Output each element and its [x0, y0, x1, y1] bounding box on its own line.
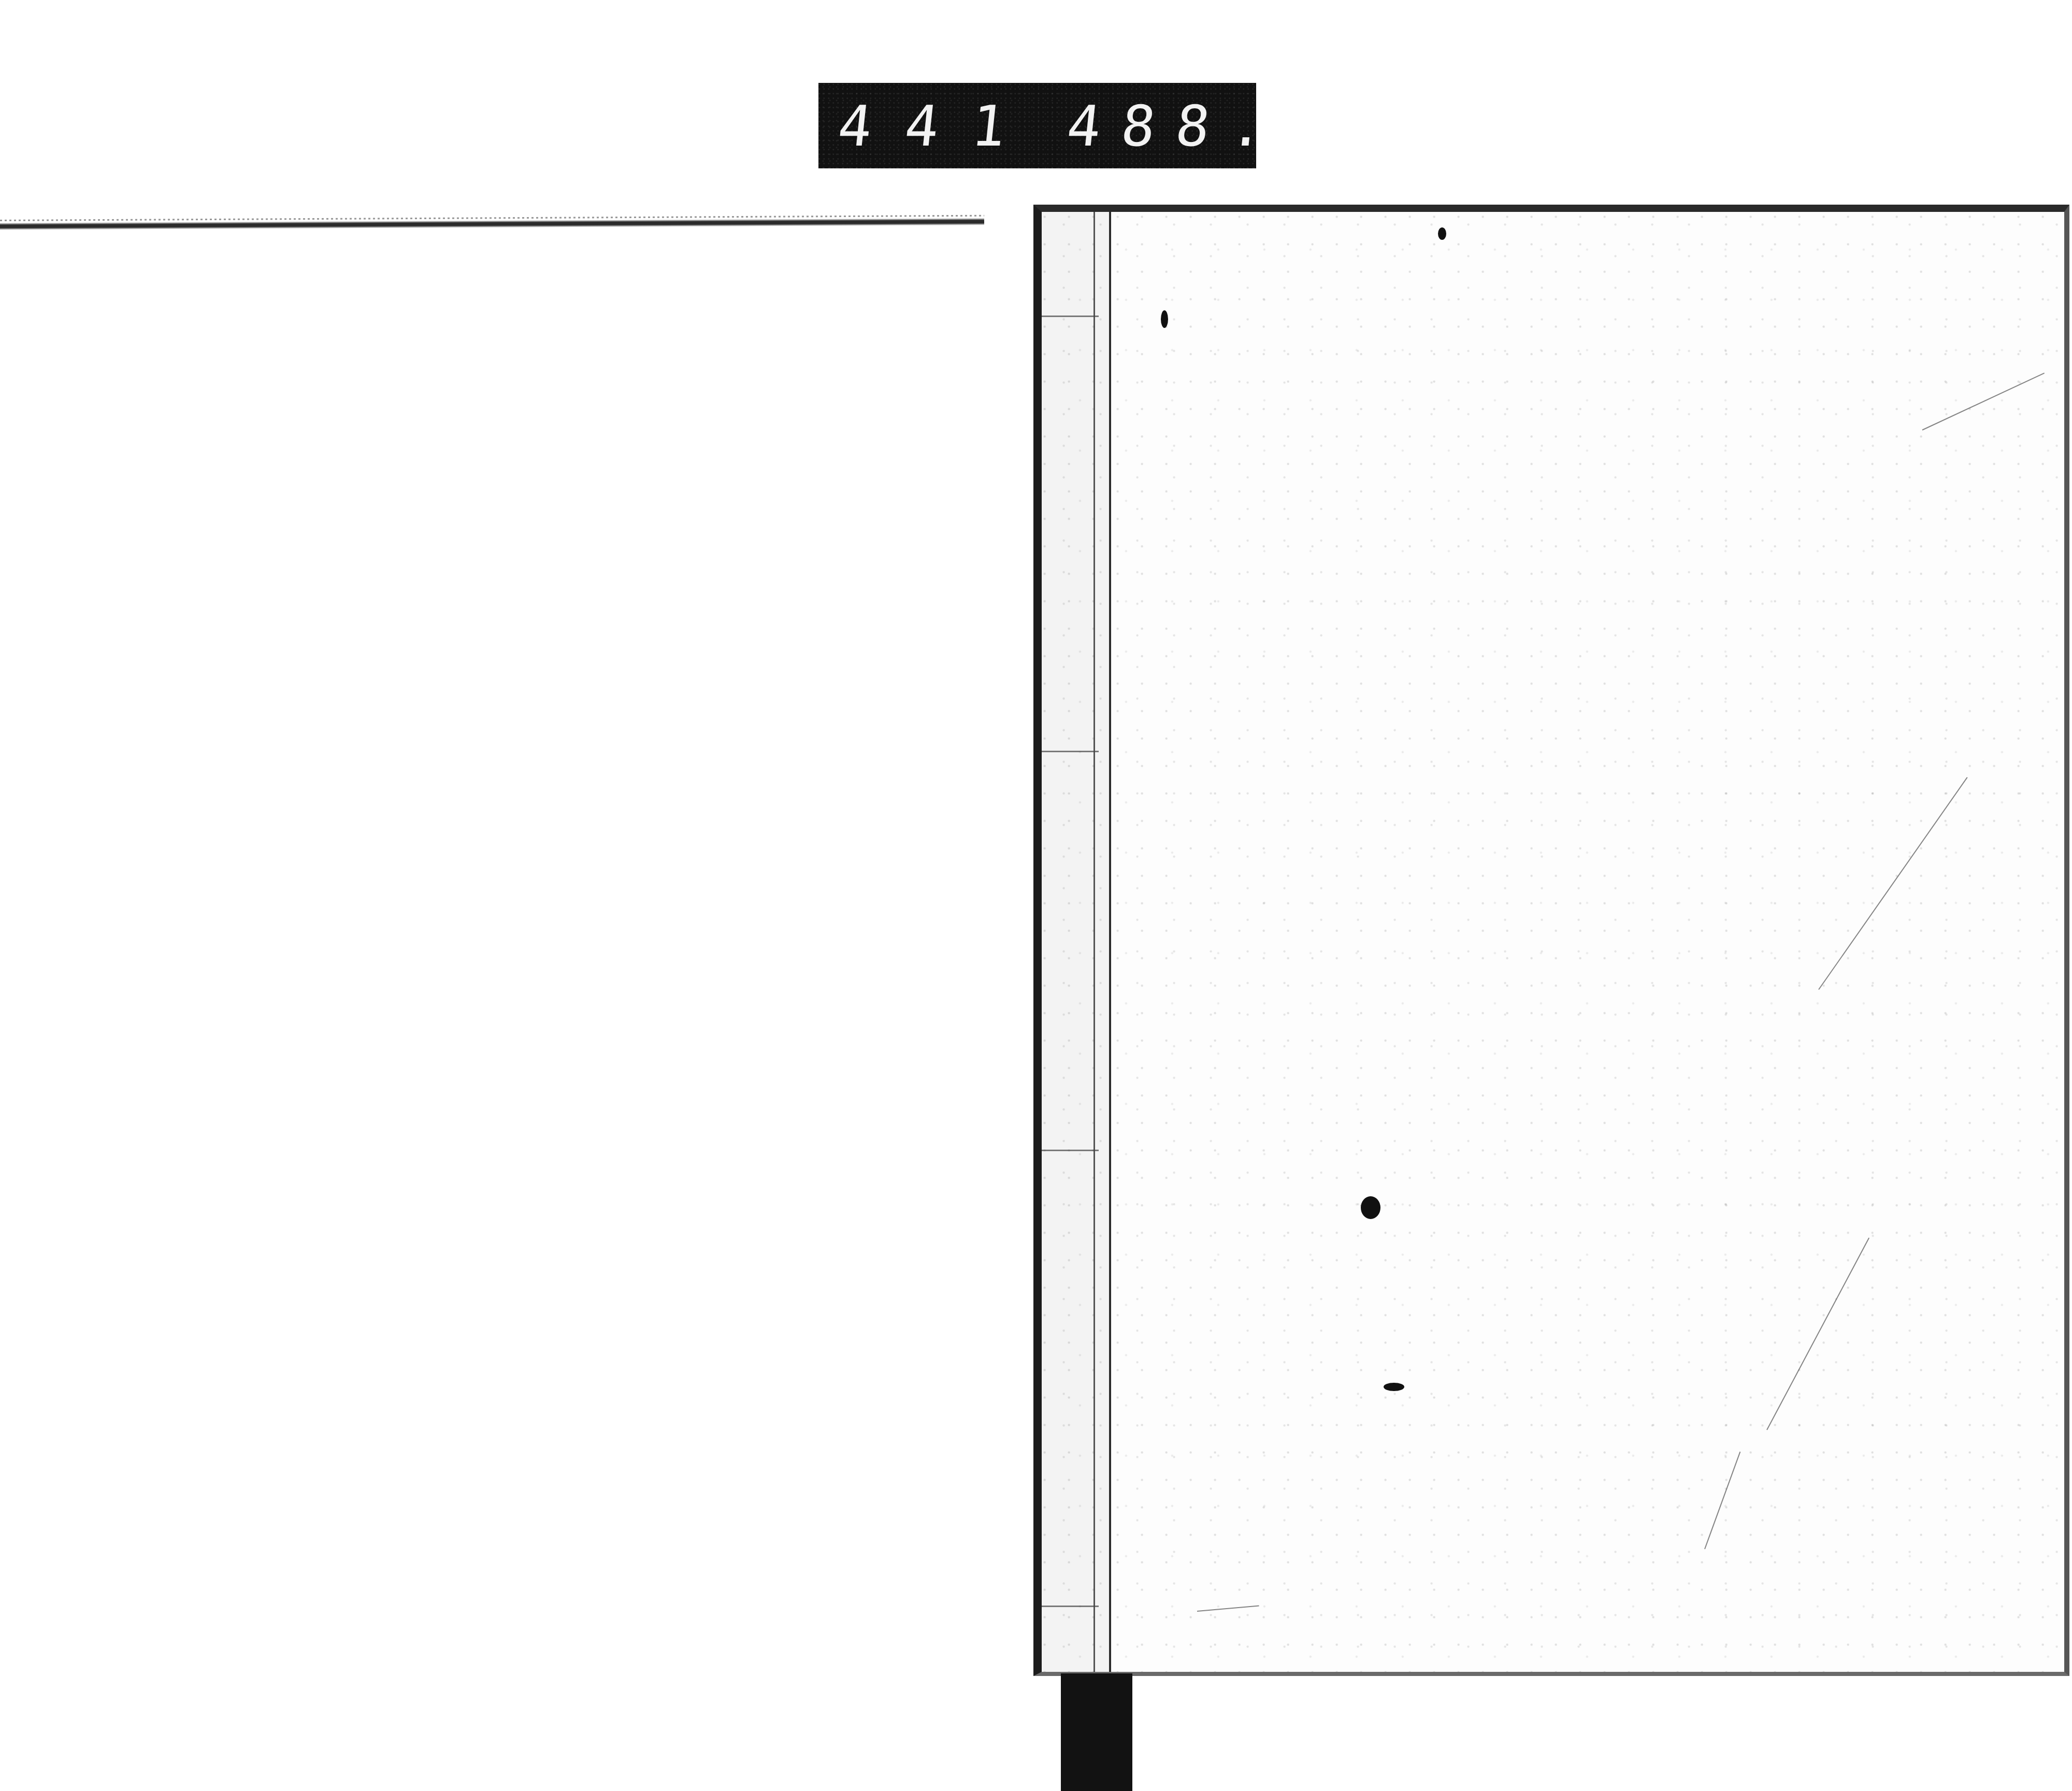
book-cover — [1033, 205, 2069, 1676]
book-spine — [1042, 212, 1111, 1672]
call-number-label: 441 488. — [818, 83, 1256, 168]
cover-crack — [1922, 372, 2045, 431]
spine-tail-strip — [1061, 1673, 1132, 1791]
cover-crack — [1704, 1452, 1740, 1550]
ink-stain — [1384, 1383, 1404, 1391]
call-number-left: 441 — [834, 94, 1042, 159]
spine-band — [1042, 316, 1099, 317]
spine-hinge-line — [1093, 212, 1095, 1672]
call-number-right: 488. — [1063, 94, 1288, 159]
ink-stain — [1161, 310, 1168, 328]
spine-band — [1042, 1150, 1099, 1151]
cover-crack — [1766, 1238, 1869, 1430]
ink-stain — [1361, 1196, 1380, 1219]
spine-band — [1042, 1606, 1099, 1607]
cover-crack — [1197, 1606, 1259, 1612]
spine-band — [1042, 751, 1099, 752]
adjacent-page-edge — [0, 218, 984, 230]
cover-crack — [1818, 777, 1967, 990]
ink-stain — [1438, 227, 1446, 240]
